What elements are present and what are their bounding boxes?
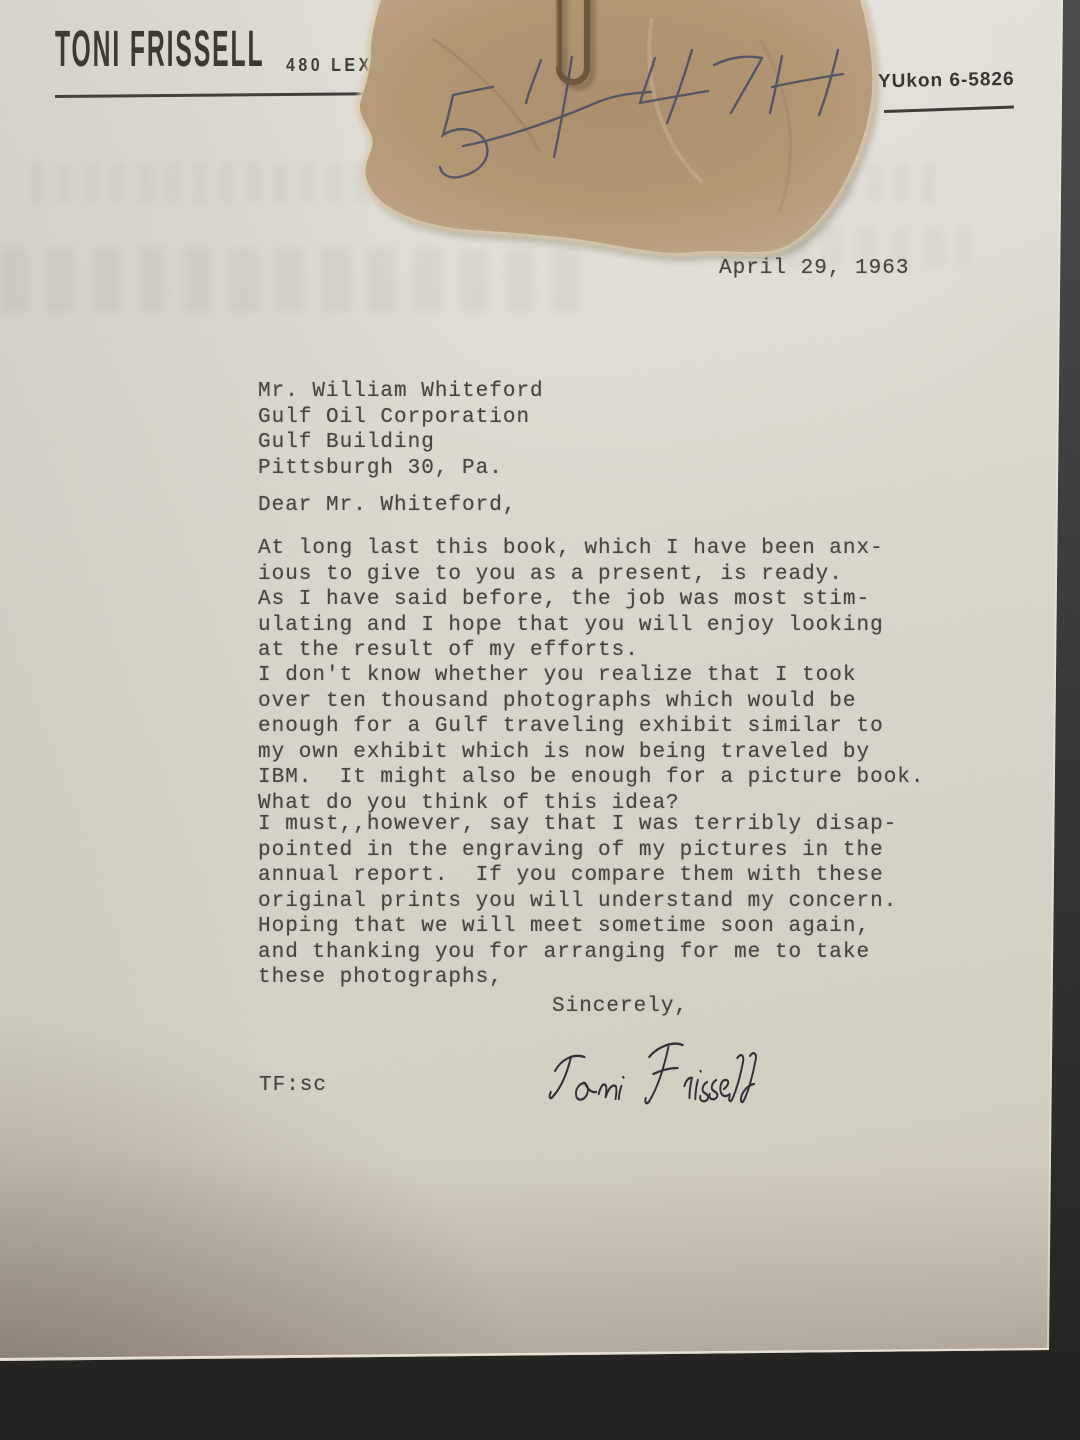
bleed-through-ghost-text <box>30 163 950 203</box>
letterhead-name: TONI FRISSELL <box>55 23 265 74</box>
paper-edge-highlight <box>0 1348 1052 1362</box>
salutation: Dear Mr. Whiteford, <box>258 493 516 519</box>
paper-edge-highlight <box>1047 0 1064 1352</box>
photo-of-letter: TONI FRISSELL 480 LEXING YUkon 6-5826 Ap… <box>0 0 1080 1440</box>
closing: Sincerely, <box>552 994 688 1020</box>
letter-paper: TONI FRISSELL 480 LEXING YUkon 6-5826 Ap… <box>0 0 1080 1440</box>
letter-date: April 29, 1963 <box>719 256 909 282</box>
letterhead-phone: YUkon 6-5826 <box>878 69 1015 93</box>
paragraph-1: At long last this book, which I have bee… <box>258 536 884 664</box>
typist-reference: TF:sc <box>259 1073 327 1099</box>
paragraph-4: Hoping that we will meet sometime soon a… <box>258 914 870 991</box>
letterhead-rule-left <box>55 92 373 97</box>
recipient-address: Mr. William Whiteford Gulf Oil Corporati… <box>258 379 544 481</box>
bleed-through-ghost-text <box>0 248 580 312</box>
paragraph-3: I must,,however, say that I was terribly… <box>258 812 897 914</box>
letterhead-rule-right <box>884 105 1014 112</box>
paragraph-2: I don't know whether you realize that I … <box>258 663 925 816</box>
letterhead-address-partial: 480 LEXING <box>286 56 412 77</box>
